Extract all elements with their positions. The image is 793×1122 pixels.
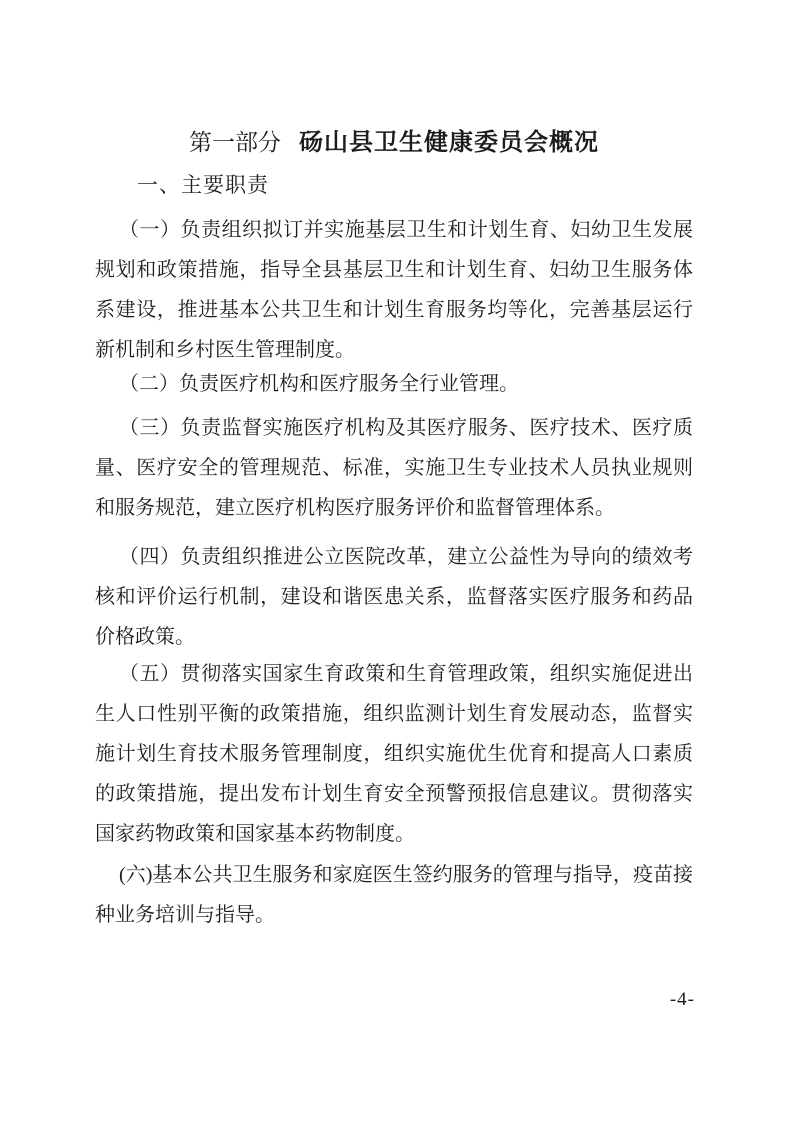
paragraph-duty-1: （一）负责组织拟订并实施基层卫生和计划生育、妇幼卫生发展规划和政策措施，指导全县… — [95, 210, 693, 370]
paragraph-duty-6: (六)基本公共卫生服务和家庭医生签约服务的管理与指导，疫苗接种业务培训与指导。 — [95, 855, 693, 935]
title-main-text: 砀山县卫生健康委员会概况 — [299, 130, 599, 156]
paragraph-duty-5: （五）贯彻落实国家生育政策和生育管理政策，组织实施促进出生人口性别平衡的政策措施… — [95, 654, 693, 854]
document-page: 第一部分 砀山县卫生健康委员会概况 一、主要职责 （一）负责组织拟订并实施基层卫… — [0, 0, 793, 1122]
paragraph-duty-4: （四）负责组织推进公立医院改革，建立公益性为导向的绩效考核和评价运行机制，建设和… — [95, 537, 693, 657]
page-number: -4- — [95, 980, 695, 1020]
document-title: 第一部分 砀山县卫生健康委员会概况 — [95, 117, 693, 165]
paragraph-duty-3: （三）负责监督实施医疗机构及其医疗服务、医疗技术、医疗质量、医疗安全的管理规范、… — [95, 408, 693, 528]
section-heading-main-duties: 一、主要职责 — [137, 165, 269, 205]
title-part-label: 第一部分 — [189, 130, 281, 155]
paragraph-duty-2: （二）负责医疗机构和医疗服务全行业管理。 — [95, 364, 693, 404]
